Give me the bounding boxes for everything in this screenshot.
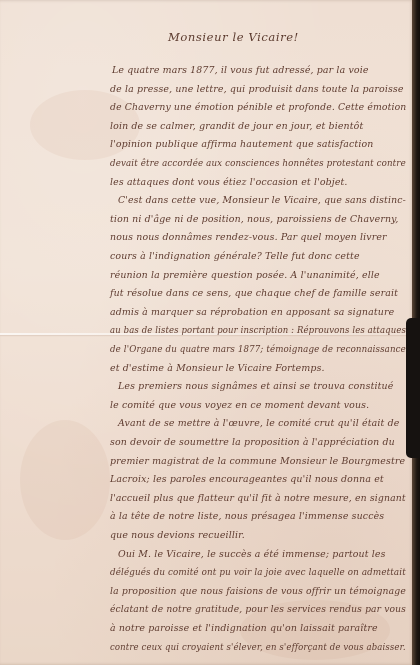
letter-line: éclatant de notre gratitude, pour les se… [110, 604, 406, 615]
letter-line: Oui M. le Vicaire, le succès a été immen… [118, 549, 386, 560]
letter-salutation: Monsieur le Vicaire! [168, 30, 299, 44]
letter-line: les attaques dont vous étiez l'occasion … [110, 177, 348, 188]
letter-line: contre ceux qui croyaient s'élever, en s… [110, 642, 406, 653]
letter-line: à notre paroisse et l'indignation qu'on … [110, 623, 378, 634]
letter-line: délégués du comité ont pu voir la joie a… [110, 567, 406, 578]
letter-line: nous nous donnâmes rendez-vous. Par quel… [110, 232, 387, 243]
letter-line: réunion la première question posée. A l'… [110, 270, 380, 281]
letter-line: loin de se calmer, grandit de jour en jo… [110, 121, 363, 132]
letter-line: premier magistrat de la commune Monsieur… [110, 456, 405, 467]
letter-line: son devoir de soumettre la proposition à… [110, 437, 395, 448]
page-edge-notch [406, 318, 420, 458]
letter-line: Avant de se mettre à l'œuvre, le comité … [118, 418, 399, 429]
letter-line: que nous devions recueillir. [110, 530, 245, 541]
letter-line: la proposition que nous faisions de vous… [110, 586, 406, 597]
letter-line: C'est dans cette vue, Monsieur le Vicair… [118, 195, 406, 206]
letter-line: Le quatre mars 1877, il vous fut adressé… [112, 65, 369, 76]
letter-line: Les premiers nous signâmes et ainsi se t… [118, 381, 393, 392]
letter-line: de la presse, une lettre, qui produisit … [110, 84, 404, 95]
paper-stain [20, 420, 110, 540]
letter-line: à la tête de notre liste, nous présagea … [110, 511, 384, 522]
letter-line: de Chaverny une émotion pénible et profo… [110, 102, 406, 113]
letter-line: admis à marquer sa réprobation en apposa… [110, 307, 394, 318]
letter-line: devait être accordée aux consciences hon… [110, 158, 406, 169]
letter-line: tion ni d'âge ni de position, nous, paro… [110, 214, 398, 225]
letter-line: l'opinion publique affirma hautement que… [110, 139, 373, 150]
letter-line: de l'Organe du quatre mars 1877; témoign… [110, 344, 406, 355]
letter-line: le comité que vous voyez en ce moment de… [110, 400, 369, 411]
letter-page: Monsieur le Vicaire! Le quatre mars 1877… [0, 0, 414, 665]
letter-line: au bas de listes portant pour inscriptio… [110, 325, 406, 336]
letter-line: Lacroix; les paroles encourageantes qu'i… [110, 474, 384, 485]
letter-line: fut résolue dans ce sens, que chaque che… [110, 288, 398, 299]
letter-line: et d'estime à Monsieur le Vicaire Fortem… [110, 363, 325, 374]
letter-line: cours à l'indignation générale? Telle fu… [110, 251, 360, 262]
letter-line: l'accueil plus que flatteur qu'il fit à … [110, 493, 406, 504]
